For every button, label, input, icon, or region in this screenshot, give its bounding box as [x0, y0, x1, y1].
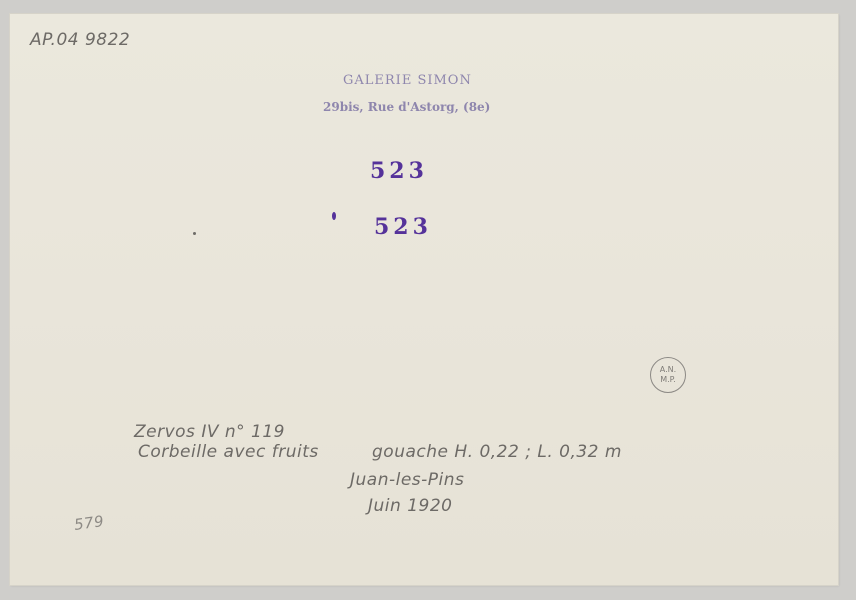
artwork-date: Juin 1920: [368, 496, 452, 516]
gallery-stamp-address: 29bis, Rue d'Astorg, (8e): [323, 100, 490, 114]
archive-reference: AP.04 9822: [30, 30, 130, 50]
catalogue-reference: Zervos IV n° 119: [134, 422, 285, 442]
pencil-dot: [193, 232, 196, 235]
gallery-stamp-name: GALERIE SIMON: [343, 73, 472, 88]
stamp-number-1: 523: [370, 158, 428, 184]
artwork-medium-dimensions: gouache H. 0,22 ; L. 0,32 m: [372, 442, 622, 462]
archive-seal-stamp: A.N. M.P.: [650, 357, 686, 393]
seal-line-2: M.P.: [660, 375, 676, 385]
artwork-title: Corbeille avec fruits: [138, 442, 319, 462]
seal-line-1: A.N.: [660, 365, 676, 375]
stamp-number-2: 523: [374, 214, 432, 240]
ink-mark: [332, 212, 336, 220]
artwork-place: Juan-les-Pins: [350, 470, 464, 490]
